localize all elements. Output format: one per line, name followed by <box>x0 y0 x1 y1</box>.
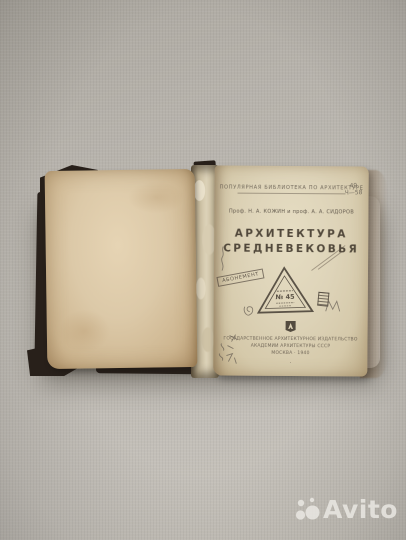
avito-logo-icon <box>294 494 320 524</box>
page-stain <box>59 309 111 353</box>
publisher-emblem-icon <box>285 319 297 333</box>
series-rule <box>238 193 346 195</box>
triangle-stamp-number: № 45 <box>275 293 295 302</box>
pencil-call-number: 49 Ч—58 <box>345 182 363 196</box>
pencil-scribble <box>242 304 258 320</box>
pencil-inscription-bottom <box>215 333 241 365</box>
title-page: ПОПУЛЯРНАЯ БИБЛИОТЕКА ПО АРХИТЕКТУРЕ 49 … <box>213 165 368 376</box>
pencil-scribble-left-margin <box>218 245 228 271</box>
pencil-call-number-line2: Ч—58 <box>345 189 363 196</box>
left-blank-page <box>45 169 198 369</box>
avito-watermark: Avito <box>294 494 398 524</box>
triangle-library-stamp: № 45 <box>255 265 314 317</box>
pencil-scribble <box>324 299 342 313</box>
authors-line: Проф. Н. А. КОЖИН и проф. А. А. СИДОРОВ <box>214 208 368 215</box>
avito-wordmark: Avito <box>323 495 398 524</box>
photo-scene: ПОПУЛЯРНАЯ БИБЛИОТЕКА ПО АРХИТЕКТУРЕ 49 … <box>0 0 406 540</box>
book-title-line1: АРХИТЕКТУРА <box>214 227 368 240</box>
page-stain <box>127 181 184 213</box>
